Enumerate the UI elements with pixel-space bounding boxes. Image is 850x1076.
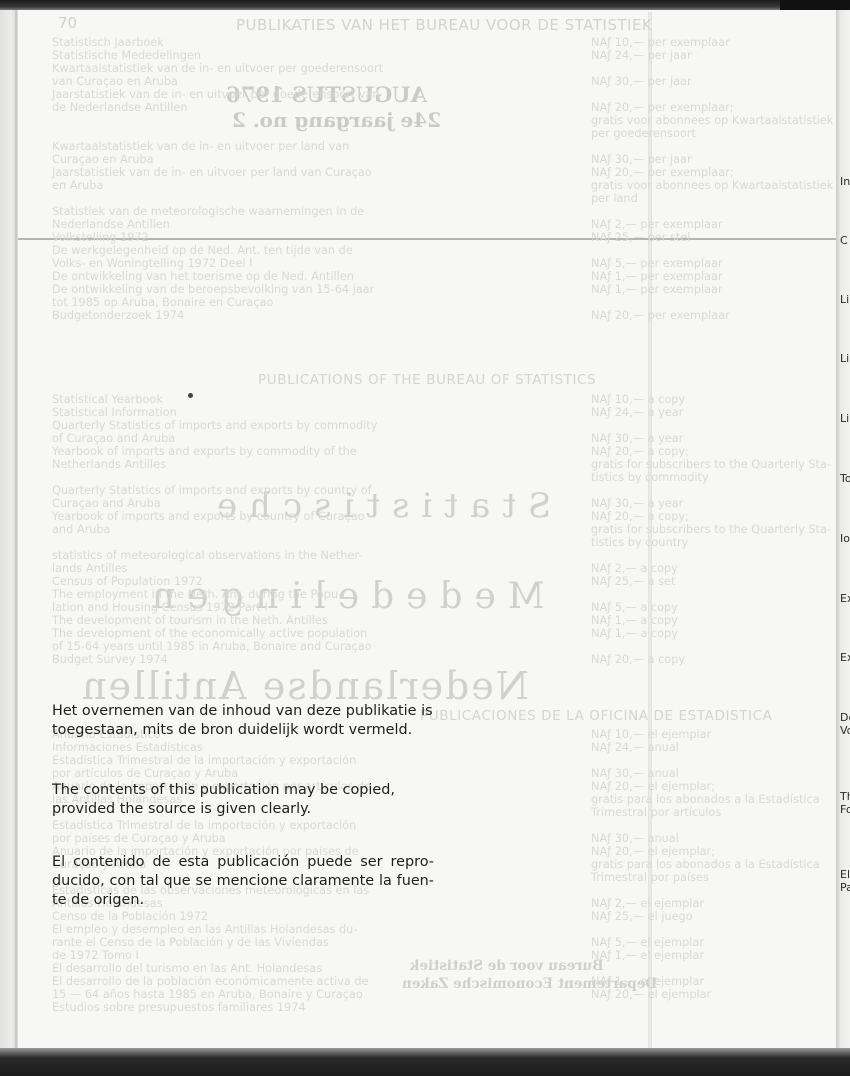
fragment: Io <box>840 532 850 545</box>
list-line: Estudios sobre presupuestos familiares 1… <box>52 1001 412 1014</box>
list-line: The development of tourism in the Neth. … <box>52 614 412 627</box>
list-line: NAƒ 5,— per exemplaar <box>591 257 841 270</box>
list-line: De ontwikkeling van het toerisme op de N… <box>52 270 412 283</box>
list-line: gratis para los abonados a la Estadístic… <box>591 793 841 806</box>
list-line: Statistical Yearbook <box>52 393 412 406</box>
list-line: NAƒ 1,— el ejemplar <box>591 975 841 988</box>
list-line: Yearbook of imports and exports by count… <box>52 510 412 523</box>
list-line: Quarterly Statistics of imports and expo… <box>52 419 412 432</box>
list-line: NAƒ 20,— per exemplaar; <box>591 101 841 114</box>
list-line: The development of the economically acti… <box>52 627 412 640</box>
list-line <box>591 62 841 75</box>
list-line: NAƒ 30,— per jaar <box>591 153 841 166</box>
list-line: NAƒ 5,— el ejemplar <box>591 936 841 949</box>
fragment: Fo <box>840 803 850 816</box>
notice-english: The contents of this publication may be … <box>52 781 434 819</box>
list-line: Censo de la Población 1972 <box>52 910 412 923</box>
list-line <box>52 471 412 484</box>
list-line: Nederlandse Antillen <box>52 218 412 231</box>
list-line: NAƒ 24,— per jaar <box>591 49 841 62</box>
list-line: NAƒ 30,— a year <box>591 497 841 510</box>
fragment: Vo <box>840 724 850 737</box>
fragment: Th <box>840 790 850 803</box>
list-line <box>591 140 841 153</box>
list-line <box>591 884 841 897</box>
fragment: Ex <box>840 651 850 664</box>
list-line: Trimestral por países <box>591 871 841 884</box>
list-line <box>52 536 412 549</box>
list-line: rante el Censo de la Población y de las … <box>52 936 412 949</box>
list-line: NAƒ 10,— el ejemplar <box>591 728 841 741</box>
list-line <box>591 296 841 309</box>
fragment: C <box>840 234 848 247</box>
list-line: NAƒ 20,— el ejemplar; <box>591 845 841 858</box>
list-line: NAƒ 30,— a year <box>591 432 841 445</box>
list-line: NAƒ 20,— el ejemplar <box>591 988 841 1001</box>
list-line: tistics by country <box>591 536 841 549</box>
list-line: Curaçao en Aruba <box>52 153 412 166</box>
list-line <box>591 88 841 101</box>
list-line: Jaarstatistiek van de in- en uitvoer per… <box>52 88 412 101</box>
list-line: en Aruba <box>52 179 412 192</box>
list-line: gratis voor abonnees op Kwartaalstatisti… <box>591 114 841 127</box>
spanish-heading: PUBLICACIONES DE LA OFICINA DE ESTADISTI… <box>420 708 773 724</box>
list-line <box>591 588 841 601</box>
list-line: NAƒ 10,— a copy <box>591 393 841 406</box>
list-line: NAƒ 20,— per exemplaar <box>591 309 841 322</box>
list-line: Budget Survey 1974 <box>52 653 412 666</box>
list-line: De werkgelegenheid op de Ned. Ant. ten t… <box>52 244 412 257</box>
list-line: Statistische Mededelingen <box>52 49 412 62</box>
list-line <box>591 549 841 562</box>
running-head: PUBLIKATIES VAN HET BUREAU VOOR DE STATI… <box>236 16 652 34</box>
list-line: The employment in the Neth. Ant. during … <box>52 588 412 601</box>
scan-bottom-edge <box>0 1048 850 1076</box>
list-line: Estadística Trimestral de la importación… <box>52 819 412 832</box>
list-line <box>591 754 841 767</box>
list-line: gratis for subscribers to the Quarterly … <box>591 523 841 536</box>
list-line: El desarrollo de la población económicam… <box>52 975 412 988</box>
list-line: Volkstelling 1972 <box>52 231 412 244</box>
english-heading: PUBLICATIONS OF THE BUREAU OF STATISTICS <box>258 372 596 388</box>
list-line: Volks- en Woningtelling 1972 Deel I <box>52 257 412 270</box>
list-line: De ontwikkeling van de beroepsbevolking … <box>52 283 412 296</box>
fragment: To <box>840 472 850 485</box>
page-number: 70 <box>58 14 77 32</box>
list-line: Statistiek van de meteorologische waarne… <box>52 205 412 218</box>
binding-line <box>15 10 17 1050</box>
fragment: Li <box>840 412 849 425</box>
list-line <box>591 484 841 497</box>
list-line: 15 — 64 años hasta 1985 en Aruba, Bonair… <box>52 988 412 1001</box>
list-line: NAƒ 20,— a copy; <box>591 445 841 458</box>
list-line <box>591 962 841 975</box>
list-line: NAƒ 25,— el juego <box>591 910 841 923</box>
scan-top-edge <box>0 0 850 10</box>
list-line: tot 1985 op Aruba, Bonaire en Curaçao <box>52 296 412 309</box>
list-line <box>52 192 412 205</box>
fragment: El <box>840 868 850 881</box>
list-line: Curaçao and Aruba <box>52 497 412 510</box>
ink-speck <box>188 393 193 398</box>
list-line: NAƒ 1,— a copy <box>591 614 841 627</box>
list-line: NAƒ 30,— anual <box>591 832 841 845</box>
list-line: Kwartaalstatistiek van de in- en uitvoer… <box>52 62 412 75</box>
list-line <box>591 640 841 653</box>
list-line: Census of Population 1972 <box>52 575 412 588</box>
list-line: NAƒ 2,— el ejemplar <box>591 897 841 910</box>
list-line <box>52 114 412 127</box>
list-line: Jaarstatistiek van de in- en uitvoer per… <box>52 166 412 179</box>
list-line: Netherlands Antilles <box>52 458 412 471</box>
list-line: NAƒ 1,— per exemplaar <box>591 270 841 283</box>
dutch-prices: NAƒ 10,— per exemplaarNAƒ 24,— per jaarN… <box>591 36 841 322</box>
fragment: Li <box>840 352 849 365</box>
list-line: NAƒ 10,— per exemplaar <box>591 36 841 49</box>
list-line <box>591 419 841 432</box>
list-line: de Nederlandse Antillen <box>52 101 412 114</box>
list-line: gratis para los abonados a la Estadístic… <box>591 858 841 871</box>
list-line: de 1972 Tomo I <box>52 949 412 962</box>
show-through-publisher-1: Bureau voor de Statistiek <box>410 958 604 974</box>
list-line: Kwartaalstatistiek van de in- en uitvoer… <box>52 140 412 153</box>
list-line: NAƒ 25,— per stel <box>591 231 841 244</box>
list-line: NAƒ 5,— a copy <box>591 601 841 614</box>
list-line: gratis voor abonnees op Kwartaalstatisti… <box>591 179 841 192</box>
list-line: van Curaçao en Aruba <box>52 75 412 88</box>
list-line: per land <box>591 192 841 205</box>
list-line: NAƒ 2,— per exemplaar <box>591 218 841 231</box>
list-line: por países de Curaçao y Aruba <box>52 832 412 845</box>
spanish-prices: NAƒ 10,— el ejemplarNAƒ 24,— anualNAƒ 30… <box>591 728 841 1001</box>
list-line: NAƒ 24,— anual <box>591 741 841 754</box>
english-titles: Statistical YearbookStatistical Informat… <box>52 393 412 666</box>
fragment: Li <box>840 293 849 306</box>
list-line: NAƒ 24,— a year <box>591 406 841 419</box>
list-line: NAƒ 25,— a set <box>591 575 841 588</box>
list-line: Yearbook of imports and exports by commo… <box>52 445 412 458</box>
list-line: tistics by commodity <box>591 471 841 484</box>
list-line: gratis for subscribers to the Quarterly … <box>591 458 841 471</box>
list-line: Estadística Trimestral de la importación… <box>52 754 412 767</box>
list-line: NAƒ 30,— per jaar <box>591 75 841 88</box>
list-line <box>591 923 841 936</box>
notice-spanish: El contenido de esta publicación puede s… <box>52 853 434 910</box>
list-line <box>591 205 841 218</box>
list-line: of 15-64 years until 1985 in Aruba, Bona… <box>52 640 412 653</box>
fragment: In <box>840 175 850 188</box>
list-line: NAƒ 1,— a copy <box>591 627 841 640</box>
list-line: Informaciones Estadísticas <box>52 741 412 754</box>
list-line: NAƒ 1,— el ejemplar <box>591 949 841 962</box>
list-line <box>591 819 841 832</box>
list-line: per goederensoort <box>591 127 841 140</box>
list-line: NAƒ 1,— per exemplaar <box>591 283 841 296</box>
list-line: Trimestral por artículos <box>591 806 841 819</box>
fragment: Pa <box>840 881 850 894</box>
list-line: NAƒ 20,— a copy <box>591 653 841 666</box>
list-line <box>591 244 841 257</box>
list-line: Statistical Information <box>52 406 412 419</box>
list-line: NAƒ 2,— a copy <box>591 562 841 575</box>
list-line: Statistisch Jaarboek <box>52 36 412 49</box>
fragment: Ex <box>840 592 850 605</box>
list-line: NAƒ 20,— per exemplaar; <box>591 166 841 179</box>
list-line: statistics of meteorological observation… <box>52 549 412 562</box>
list-line: El empleo y desempleo en las Antillas Ho… <box>52 923 412 936</box>
list-line: NAƒ 20,— a copy; <box>591 510 841 523</box>
english-prices: NAƒ 10,— a copyNAƒ 24,— a yearNAƒ 30,— a… <box>591 393 841 666</box>
list-line: El desarrollo del turismo en las Ant. Ho… <box>52 962 412 975</box>
list-line: of Curaçao and Aruba <box>52 432 412 445</box>
fragment: De <box>840 711 850 724</box>
list-line: lation and Housing Census 1972 Part I <box>52 601 412 614</box>
list-line: Quarterly Statistics of imports and expo… <box>52 484 412 497</box>
list-line: and Aruba <box>52 523 412 536</box>
list-line <box>52 127 412 140</box>
dutch-titles: Statistisch JaarboekStatistische Mededel… <box>52 36 412 322</box>
list-line: NAƒ 20,— el ejemplar; <box>591 780 841 793</box>
list-line: lands Antilles <box>52 562 412 575</box>
list-line: por artículos de Curaçao y Aruba <box>52 767 412 780</box>
list-line: NAƒ 30,— anual <box>591 767 841 780</box>
notice-dutch: Het overnemen van de inhoud van deze pub… <box>52 702 434 740</box>
list-line: Budgetonderzoek 1974 <box>52 309 412 322</box>
